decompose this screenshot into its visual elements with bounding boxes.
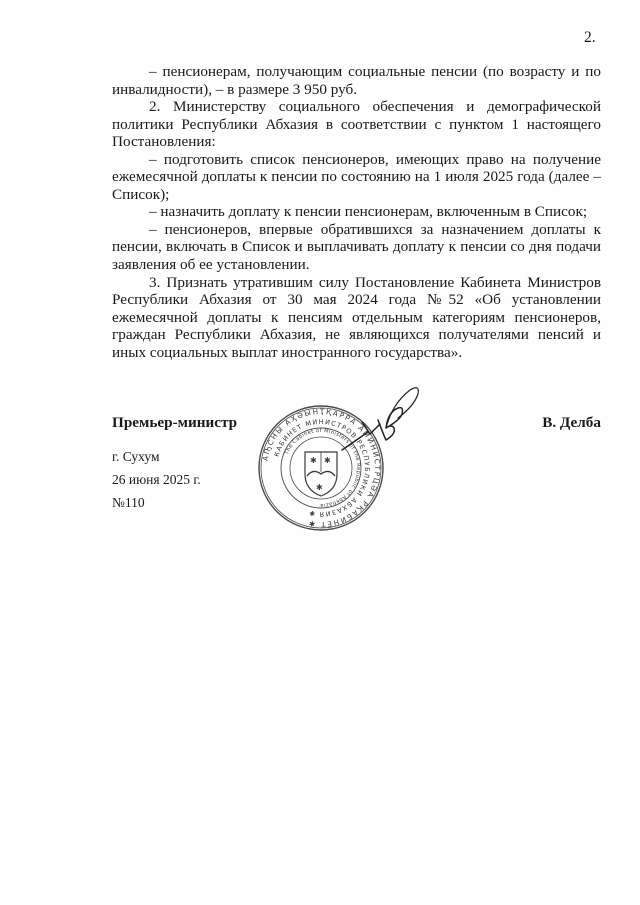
paragraph-repeal: 3. Признать утратившим силу Постановлени… xyxy=(112,274,601,362)
paragraph-assign-supplement: – назначить доплату к пенсии пенсионерам… xyxy=(112,203,601,221)
signatory-title: Премьер-министр xyxy=(112,414,237,432)
svg-text:✱: ✱ xyxy=(310,456,317,465)
issue-city: г. Сухум xyxy=(112,449,160,465)
document-number: №110 xyxy=(112,495,145,511)
page-number: 2. xyxy=(584,29,596,47)
signatory-name: В. Делба xyxy=(542,414,601,432)
svg-text:✱: ✱ xyxy=(324,456,331,465)
paragraph-new-applicants: – пенсионеров, впервые обратившихся за н… xyxy=(112,221,601,274)
handwritten-signature-icon xyxy=(340,384,440,454)
paragraph-ministry-instruction: 2. Министерству социального обеспечения … xyxy=(112,98,601,151)
paragraph-social-pensions: – пенсионерам, получающим социальные пен… xyxy=(112,63,601,98)
paragraph-prepare-list: – подготовить список пенсионеров, имеющи… xyxy=(112,151,601,204)
svg-text:✱: ✱ xyxy=(316,483,323,492)
issue-date: 26 июня 2025 г. xyxy=(112,472,201,488)
document-body: – пенсионерам, получающим социальные пен… xyxy=(112,63,601,361)
document-page: 2. – пенсионерам, получающим социальные … xyxy=(0,0,640,905)
signature-block: Премьер-министр В. Делба г. Сухум 26 июн… xyxy=(112,412,601,542)
